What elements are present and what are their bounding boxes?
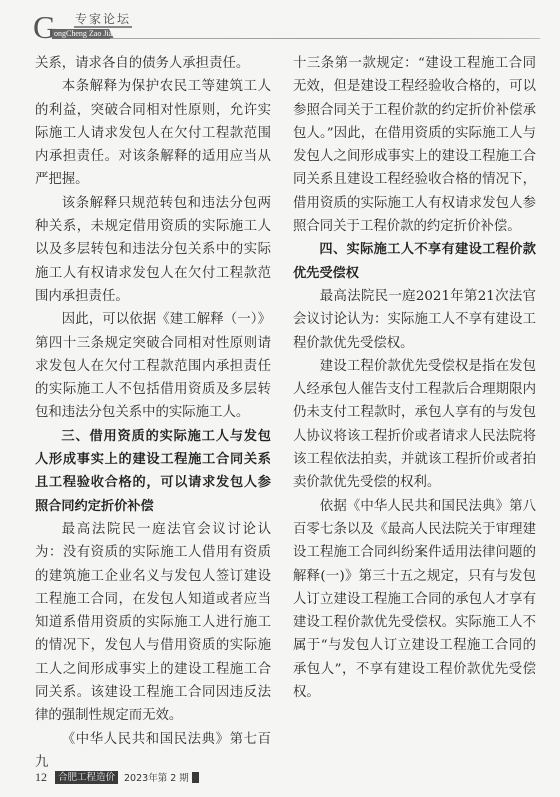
footer-block-mark: [192, 772, 199, 783]
paragraph: 十三条第一款规定：“建设工程施工合同无效，但是建设工程经验收合格的，可以参照合同…: [293, 52, 536, 238]
section-heading-4: 四、实际施工人不享有建设工程价款优先受偿权: [293, 238, 536, 285]
journal-name-badge: 合肥工程造价: [55, 771, 118, 784]
paragraph: 该条解释只规范转包和违法分包两种关系，未规定借用资质的实际施工人以及多层转包和违…: [35, 192, 271, 308]
section-heading-3: 三、借用资质的实际施工人与发包人形成事实上的建设工程施工合同关系且工程验收合格的…: [35, 425, 271, 518]
page-number: 12: [35, 770, 47, 785]
paragraph: 最高法院民一庭法官会议讨论认为：没有资质的实际施工人借用有资质的建筑施工企业名义…: [35, 518, 271, 728]
column-name: 专家论坛: [74, 13, 132, 28]
paragraph: 最高法院民一庭2021年第21次法官会议讨论认为：实际施工人不享有建设工程价款优…: [293, 285, 536, 355]
paragraph: 《中华人民共和国民法典》第七百九: [35, 728, 271, 775]
header-pinyin-bar: ongCheng Zao Jia: [52, 29, 114, 39]
running-footer: 12 合肥工程造价 2023年第 2 期: [35, 770, 199, 784]
paragraph: 关系，请求各自的债务人承担责任。: [35, 52, 271, 75]
issue-label: 2023年第 2 期: [124, 770, 189, 784]
right-column: 十三条第一款规定：“建设工程施工合同无效，但是建设工程经验收合格的，可以参照合同…: [293, 52, 536, 704]
paragraph: 本条解释为保护农民工等建筑工人的利益，突破合同相对性原则，允许实际施工人请求发包…: [35, 75, 271, 191]
paragraph: 依据《中华人民共和国民法典》第八百零七条以及《最高人民法院关于审理建设工程施工合…: [293, 495, 536, 705]
paragraph: 建设工程价款优先受偿权是指在发包人经承包人催告支付工程款后合理期限内仍未支付工程…: [293, 355, 536, 495]
left-column: 关系，请求各自的债务人承担责任。 本条解释为保护农民工等建筑工人的利益，突破合同…: [35, 52, 271, 774]
header-rule: [110, 38, 540, 39]
running-header: G 专家论坛 ongCheng Zao Jia: [0, 0, 560, 45]
paragraph: 因此，可以依据《建工解释（一）》第四十三条规定突破合同相对性原则请求发包人在欠付…: [35, 308, 271, 424]
